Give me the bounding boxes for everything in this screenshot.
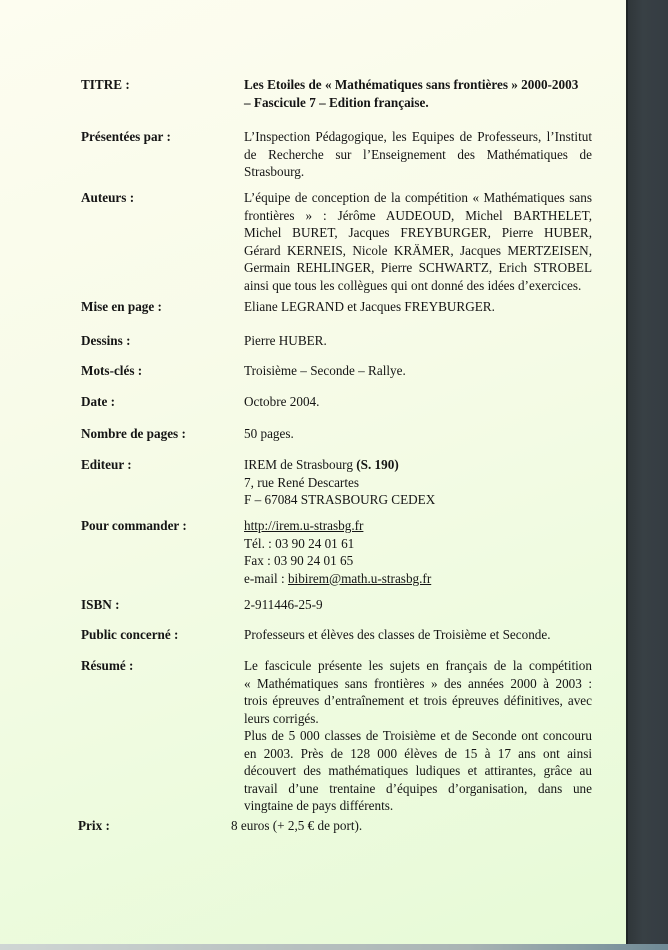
field-label: Nombre de pages : [81, 425, 241, 443]
binding-spine [626, 0, 668, 945]
field-value: L’équipe de conception de la compétition… [244, 189, 592, 294]
field-value: Eliane LEGRAND et Jacques FREYBURGER. [244, 298, 592, 316]
fax-number: Fax : 03 90 24 01 65 [244, 552, 592, 570]
field-value: http://irem.u-strasbg.fr Tél. : 03 90 24… [244, 517, 592, 587]
field-value: Troisième – Seconde – Rallye. [244, 362, 592, 380]
field-value: 50 pages. [244, 425, 592, 443]
field-label: Date : [81, 393, 241, 411]
field-label: Mise en page : [81, 298, 241, 316]
phone-number: Tél. : 03 90 24 01 61 [244, 535, 592, 553]
field-value: Professeurs et élèves des classes de Tro… [244, 626, 592, 644]
field-label: Présentées par : [81, 128, 241, 146]
field-label: Dessins : [81, 332, 241, 350]
field-value: Les Etoiles de « Mathématiques sans fron… [244, 76, 592, 111]
document-page: TITRE : Les Etoiles de « Mathématiques s… [0, 0, 626, 944]
website-link[interactable]: http://irem.u-strasbg.fr [244, 518, 363, 533]
field-label: Prix : [78, 817, 238, 835]
page-bottom-edge [0, 944, 668, 950]
field-value: Le fascicule présente les sujets en fran… [244, 657, 592, 815]
field-value: L’Inspection Pédagogique, les Equipes de… [244, 128, 592, 181]
field-value: Octobre 2004. [244, 393, 592, 411]
editeur-code: (S. 190) [356, 457, 399, 472]
field-value: Pierre HUBER. [244, 332, 592, 350]
field-label: Auteurs : [81, 189, 241, 207]
field-label: Résumé : [81, 657, 241, 675]
field-label: TITRE : [81, 76, 241, 94]
field-label: ISBN : [81, 596, 241, 614]
field-value: 8 euros (+ 2,5 € de port). [231, 817, 579, 835]
field-label: Mots-clés : [81, 362, 241, 380]
email-link[interactable]: bibirem@math.u-strasbg.fr [288, 571, 431, 586]
field-label: Editeur : [81, 456, 241, 474]
field-value: 2-911446-25-9 [244, 596, 592, 614]
field-value: IREM de Strasbourg (S. 190) 7, rue René … [244, 456, 592, 509]
field-label: Pour commander : [81, 517, 241, 535]
field-label: Public concerné : [81, 626, 241, 644]
